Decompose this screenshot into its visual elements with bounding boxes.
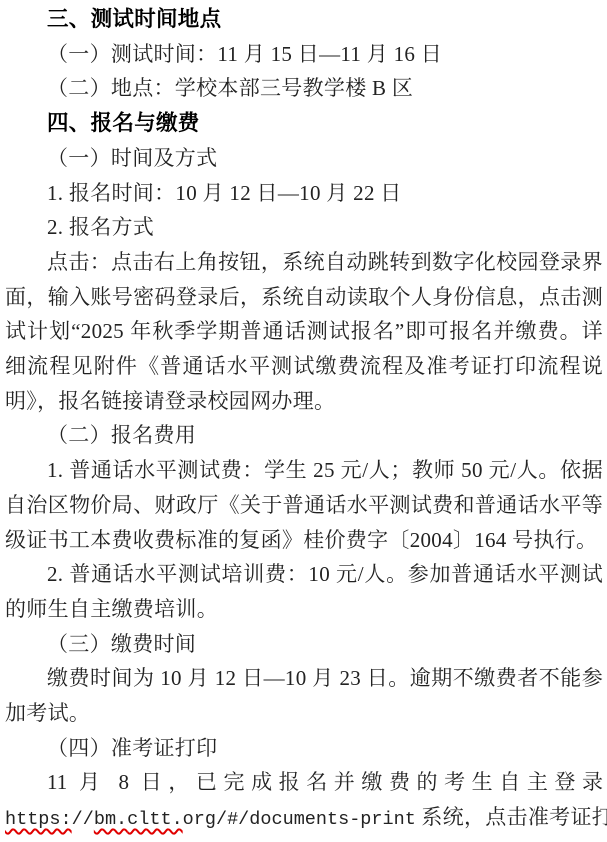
url-segment-cltt: cltt. bbox=[127, 809, 183, 830]
paragraph-admission-ticket-print: 11 月 8 日，已完成报名并缴费的考生自主登录 https://bm.cltt… bbox=[5, 765, 603, 837]
paragraph-test-location: （二）地点：学校本部三号教学楼 B 区 bbox=[5, 71, 603, 106]
paragraph-admission-ticket-heading: （四）准考证打印 bbox=[5, 731, 603, 766]
section-heading-test-time-location: 三、测试时间地点 bbox=[5, 2, 603, 37]
registration-url: https://bm.cltt.org/#/documents-print bbox=[5, 809, 416, 830]
paragraph-test-time: （一）测试时间：11 月 15 日—11 月 16 日 bbox=[5, 37, 603, 72]
paragraph-payment-time: 缴费时间为 10 月 12 日—10 月 23 日。逾期不缴费者不能参加考试。 bbox=[5, 661, 603, 730]
url-segment-path: org/#/documents-print bbox=[183, 809, 416, 830]
url-segment-bm: bm. bbox=[94, 809, 127, 830]
paragraph-time-and-method: （一）时间及方式 bbox=[5, 141, 603, 176]
closing-intro-line: 11 月 8 日，已完成报名并缴费的考生自主登录 bbox=[5, 765, 603, 800]
paragraph-payment-time-heading: （三）缴费时间 bbox=[5, 627, 603, 662]
document-page: 三、测试时间地点 （一）测试时间：11 月 15 日—11 月 16 日 （二）… bbox=[0, 0, 607, 842]
paragraph-registration-time: 1. 报名时间：10 月 12 日—10 月 22 日 bbox=[5, 176, 603, 211]
section-heading-registration-payment: 四、报名与缴费 bbox=[5, 106, 603, 141]
closing-url-line: https://bm.cltt.org/#/documents-print 系统… bbox=[5, 800, 603, 838]
closing-tail-text: 系统，点击准考证打 bbox=[416, 805, 607, 829]
url-segment-https: https: bbox=[5, 809, 72, 830]
paragraph-training-fee: 2. 普通话水平测试培训费：10 元/人。参加普通话水平测试的师生自主缴费培训。 bbox=[5, 557, 603, 626]
paragraph-registration-fees-heading: （二）报名费用 bbox=[5, 418, 603, 453]
url-segment-slashes: // bbox=[72, 809, 94, 830]
paragraph-registration-method: 2. 报名方式 bbox=[5, 210, 603, 245]
paragraph-test-fee: 1. 普通话水平测试费：学生 25 元/人；教师 50 元/人。依据自治区物价局… bbox=[5, 453, 603, 557]
paragraph-registration-steps: 点击：点击右上角按钮，系统自动跳转到数字化校园登录界面，输入账号密码登录后，系统… bbox=[5, 245, 603, 419]
